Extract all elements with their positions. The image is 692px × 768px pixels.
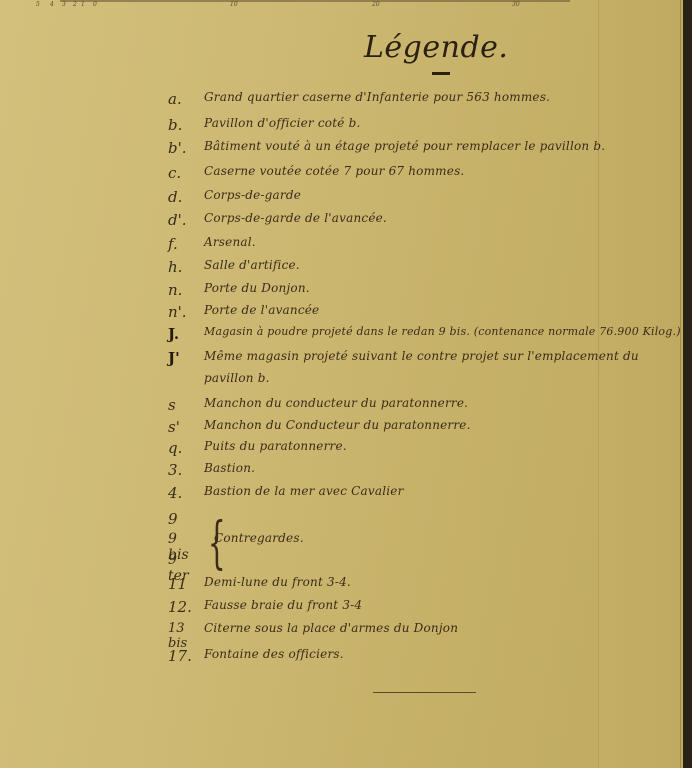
scale-bar — [60, 0, 570, 2]
entry-text: Bastion de la mer avec Cavalier — [204, 484, 404, 498]
adjacent-page — [599, 0, 683, 768]
entry-text: Corps-de-garde de l'avancée. — [204, 211, 387, 225]
scale-tick: 0 — [93, 1, 97, 8]
entry-key: f. — [168, 235, 200, 253]
grouping-brace: { — [208, 516, 226, 572]
entry-key: b'. — [168, 139, 200, 157]
entry-key: n. — [168, 281, 200, 299]
entry-text: Porte de l'avancée — [204, 303, 319, 317]
scale-tick: 3 — [62, 1, 66, 8]
entry-text: Porte du Donjon. — [204, 281, 310, 295]
binding-edge — [683, 0, 692, 768]
closing-rule — [373, 692, 476, 693]
scale-tick: 20 — [372, 1, 380, 8]
entry-key: J. — [168, 325, 200, 343]
entry-text: pavillon b. — [204, 371, 270, 385]
scale-tick: 4 — [50, 1, 54, 8]
entry-text: Contregardes. — [214, 531, 304, 545]
entry-text: Manchon du conducteur du paratonnerre. — [204, 396, 468, 410]
entry-key: 11 — [168, 575, 200, 593]
entry-key: n'. — [168, 303, 200, 321]
entry-text: Fontaine des officiers. — [204, 647, 344, 661]
scale-tick: 5 — [36, 1, 40, 8]
entry-key: d'. — [168, 211, 200, 229]
entry-key: q. — [168, 439, 200, 457]
entry-text: Manchon du Conducteur du paratonnerre. — [204, 418, 471, 432]
entry-key: 12. — [168, 598, 200, 616]
entry-key: c. — [168, 164, 200, 182]
entry-text: Magasin à poudre projeté dans le redan 9… — [204, 325, 681, 338]
entry-text: Citerne sous la place d'armes du Donjon — [204, 621, 458, 635]
entry-key: d. — [168, 188, 200, 206]
entry-text: Bastion. — [204, 461, 255, 475]
entry-text: Corps-de-garde — [204, 188, 301, 202]
entry-text: Bâtiment vouté à un étage projeté pour r… — [204, 139, 605, 153]
entry-text: Arsenal. — [204, 235, 256, 249]
entry-key: J' — [168, 349, 200, 367]
entry-key: s — [168, 396, 200, 414]
title-underline — [432, 72, 450, 75]
entry-text: Pavillon d'officier coté b. — [204, 116, 360, 130]
entry-key: h. — [168, 258, 200, 276]
entry-key: 3. — [168, 461, 200, 479]
entry-text: Même magasin projeté suivant le contre p… — [204, 349, 639, 363]
entry-text: Puits du paratonnerre. — [204, 439, 347, 453]
page-fold — [598, 0, 599, 768]
entry-key: a. — [168, 90, 200, 108]
scale-tick: 1 — [81, 1, 85, 8]
entry-text: Fausse braie du front 3-4 — [204, 598, 362, 612]
scale-tick: 2 — [73, 1, 77, 8]
entry-key: 17. — [168, 647, 200, 665]
entry-key: 4. — [168, 484, 200, 502]
scale-tick: 30 — [512, 1, 520, 8]
document-page: 5 4 3 2 1 0 10 20 30 Légende. a. Grand q… — [0, 0, 692, 768]
entry-text: Grand quartier caserne d'Infanterie pour… — [204, 90, 550, 104]
entry-key: b. — [168, 116, 200, 134]
entry-text: Caserne voutée cotée 7 pour 67 hommes. — [204, 164, 464, 178]
entry-key: s' — [168, 418, 200, 436]
scale-tick: 10 — [230, 1, 238, 8]
entry-text: Salle d'artifice. — [204, 258, 300, 272]
entry-text: Demi-lune du front 3-4. — [204, 575, 351, 589]
entry-key: 9 — [168, 510, 200, 528]
page-edge-line — [680, 0, 681, 768]
legend-title: Légende. — [364, 30, 508, 65]
